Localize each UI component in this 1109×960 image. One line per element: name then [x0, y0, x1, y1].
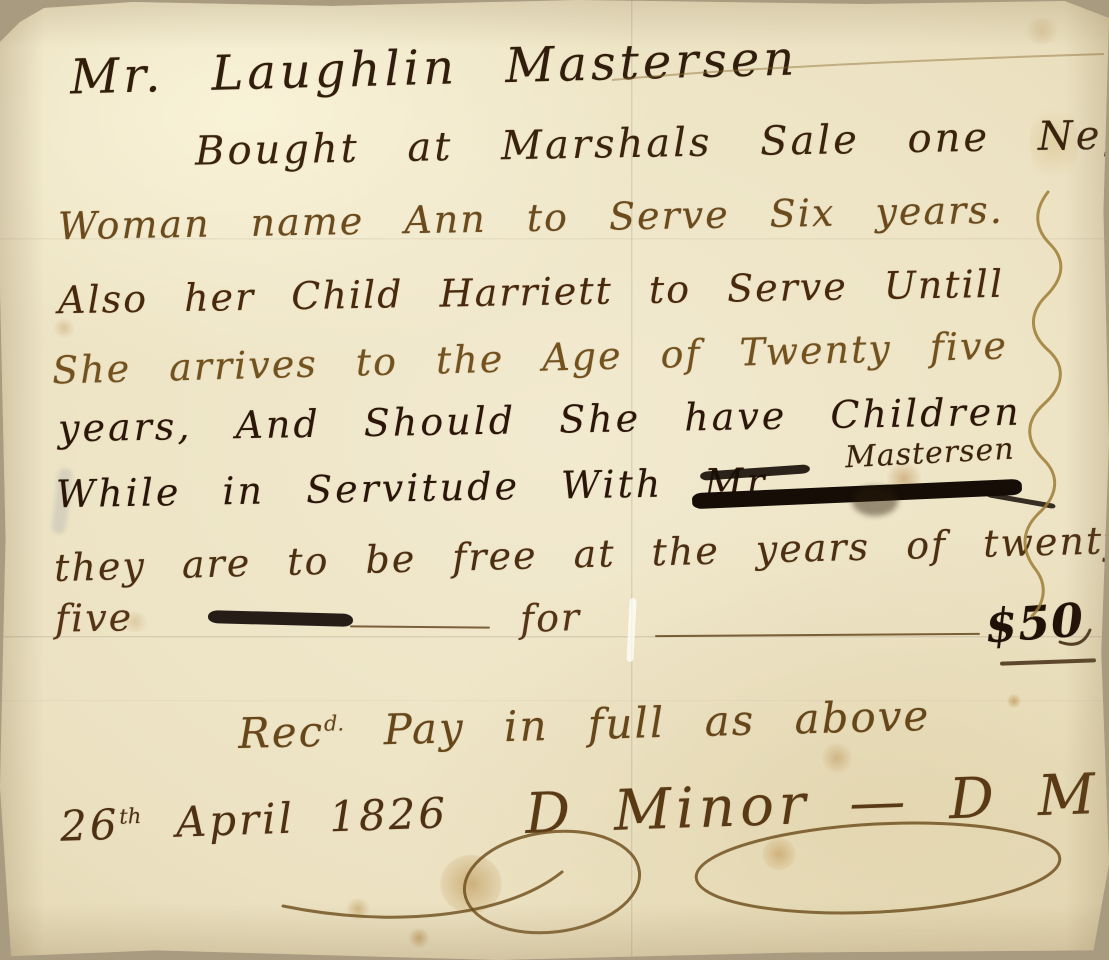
- stain: [345, 898, 371, 920]
- date-rest: April 1826: [175, 788, 449, 846]
- date-day-sup: th: [119, 804, 142, 829]
- stain: [1022, 18, 1062, 44]
- body-line-7: they are to be free at the years of twen…: [54, 518, 1109, 590]
- ink-dash-long: [655, 633, 980, 637]
- stain: [408, 928, 430, 948]
- received-sup: d.: [324, 711, 345, 736]
- stain: [762, 838, 796, 870]
- body-line-6: While in Servitude With Mr: [56, 460, 768, 516]
- signature-flourish-sweep: [283, 872, 562, 917]
- stain: [440, 855, 502, 913]
- body-line-1: Bought at Marshals Sale one Negro: [195, 111, 1109, 174]
- date-day: 26: [59, 800, 120, 851]
- scan-background: { "doc": { "kind": "handwritten receipt …: [0, 0, 1109, 960]
- inserted-name: Mastersen: [844, 432, 1015, 476]
- ink-smudge: [852, 486, 898, 516]
- body-line-8-for: for: [519, 595, 582, 641]
- scribble-tail: [986, 492, 1056, 509]
- stain: [1006, 694, 1022, 708]
- addressee-line: Mr. Laughlin Mastersen: [69, 30, 798, 105]
- date-line: 26th April 1826: [59, 788, 449, 851]
- received-rec: Rec: [237, 707, 324, 758]
- paper-tear-center: [626, 598, 636, 662]
- scanned-document: Mr. Laughlin Mastersen Bought at Marshal…: [0, 0, 1109, 960]
- body-line-2: Woman name Ann to Serve Six years.: [58, 188, 1004, 248]
- received-rest: Pay in full as above: [383, 691, 931, 754]
- amount-value: $50: [983, 593, 1086, 654]
- scribble-blot-word: [208, 610, 353, 627]
- received-line: Recd. Pay in full as above: [237, 691, 930, 758]
- paper-sheet: Mr. Laughlin Mastersen Bought at Marshal…: [0, 0, 1109, 960]
- signature-line: D Minor — D M: [524, 762, 1101, 847]
- amount-underline: [1000, 658, 1096, 665]
- body-line-3: Also her Child Harriett to Serve Untill: [58, 262, 1005, 323]
- ink-dash: [350, 625, 490, 628]
- body-line-8-word: five: [55, 595, 134, 640]
- body-line-4: She arrives to the Age of Twenty five: [52, 323, 1009, 392]
